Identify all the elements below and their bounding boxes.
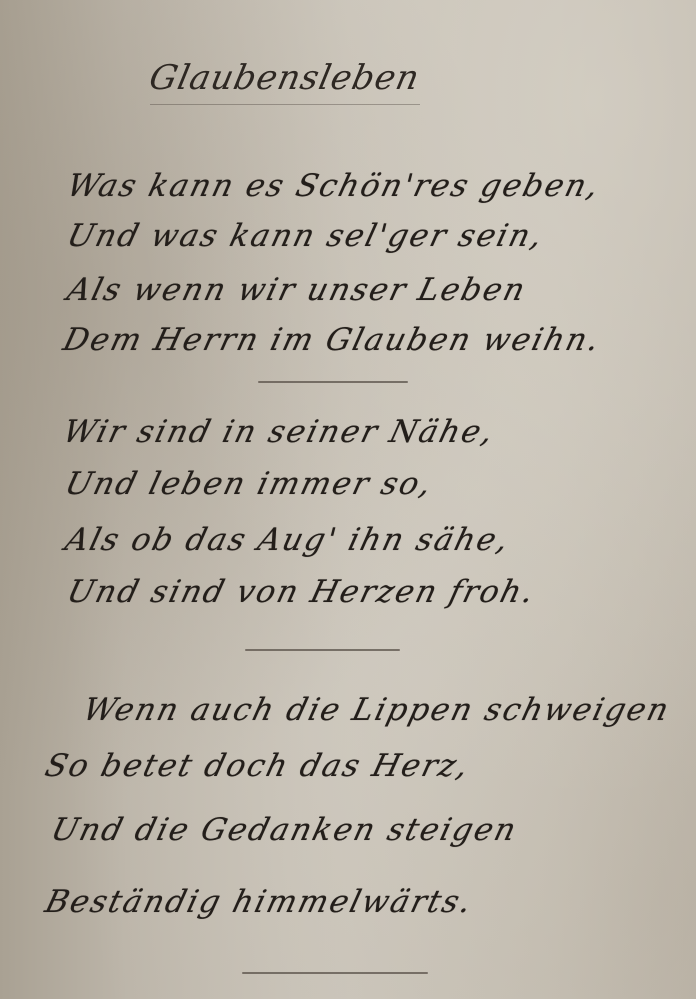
stanza-1-line-3: Als wenn wir unser Leben [64,272,531,308]
stanza-divider [242,972,428,974]
stanza-1-line-2: Und was kann sel'ger sein, [64,218,548,254]
stanza-3-line-4: Beständig himmelwärts. [42,884,477,920]
stanza-divider [245,649,400,651]
title-underline [150,104,420,105]
stanza-1-line-1: Was kann es Schön'res geben, [64,168,604,204]
stanza-2-line-4: Und sind von Herzen froh. [64,574,540,610]
stanza-3-line-2: So betet doch das Herz, [42,748,474,784]
stanza-3-line-3: Und die Gedanken steigen [48,812,522,848]
stanza-3-line-1: Wenn auch die Lippen schweigen [80,692,675,728]
stanza-2-line-3: Als ob das Aug' ihn sähe, [62,522,514,558]
stanza-2-line-1: Wir sind in seiner Nähe, [60,414,499,450]
stanza-1-line-4: Dem Herrn im Glauben weihn. [60,322,605,358]
stanza-divider [258,381,408,383]
poem-title: Glaubensleben [146,58,424,98]
manuscript-page: Glaubensleben Was kann es Schön'res gebe… [0,0,696,999]
stanza-2-line-2: Und leben immer so, [62,466,437,502]
